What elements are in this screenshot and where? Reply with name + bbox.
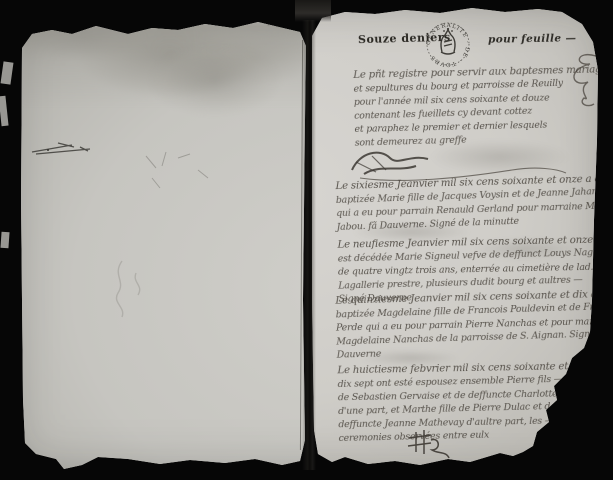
ink-bleedthrough [470,238,580,260]
bleedthrough-scribble [92,255,172,325]
act-entry: Le quinziesme Jeanvier mil six cens soix… [335,287,613,361]
cross-hatch-monogram-signature [404,428,454,462]
spine-top-shadow [295,0,331,22]
ink-bleedthrough [360,350,460,366]
page-edge-sliver [1,61,14,84]
ink-streak-mark [28,138,104,162]
page-edge-sliver [0,232,9,249]
ink-bleedthrough [430,140,570,174]
book-gutter [302,20,316,470]
faint-ink-marks [138,148,218,193]
manuscript-scan: 1671 Souze deniers GENERALITE · DE · TOV… [0,0,613,480]
act-entry: Le huictiesme febvrier mil six cens soix… [337,360,598,445]
act-entry: Le pñt registre pour servir aux baptesme… [353,63,613,149]
ink-bleedthrough [352,222,472,242]
page-edge-sliver [0,96,9,127]
water-stain-core [150,45,280,115]
